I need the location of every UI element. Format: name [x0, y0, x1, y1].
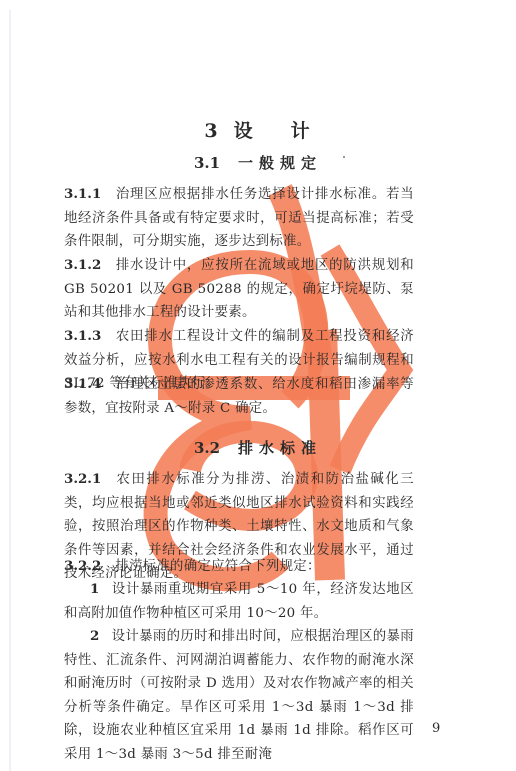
- clause-3-2-2: 3.2.2排涝标准的确定应符合下列规定：: [64, 555, 414, 579]
- section-name: 一般规定: [238, 154, 322, 172]
- section-number: 3.1: [194, 154, 220, 172]
- item-1: 1设计暴雨重现期宜采用 5～10 年，经济发达地区和高附加值作物种植区可采用 1…: [64, 578, 414, 625]
- item-number: 2: [90, 628, 100, 644]
- clause-number: 3.2.2: [64, 558, 101, 574]
- item-text: 设计暴雨的历时和排出时间，应根据治理区的暴雨特性、汇流条件、河网湖泊调蓄能力、农…: [64, 629, 414, 762]
- clause-3-1-4: 3.1.4治理区土层的渗透系数、给水度和稻田渗漏率等参数，宜按附录 A～附录 C…: [64, 373, 414, 420]
- chapter-title: 3设计: [0, 116, 516, 143]
- clause-number: 3.1.4: [64, 376, 101, 392]
- section-number: 3.2: [194, 439, 220, 457]
- page-number: 9: [432, 721, 440, 736]
- clause-3-1-2: 3.1.2排水设计中，应按所在流域或地区的防洪规划和 GB 50201 以及 G…: [64, 254, 414, 325]
- clause-text: 排水设计中，应按所在流域或地区的防洪规划和 GB 50201 以及 GB 502…: [64, 258, 414, 320]
- section-title-3-2: 3.2排水标准: [0, 437, 516, 458]
- chapter-title-part2: 计: [291, 120, 312, 142]
- clause-number: 3.1.3: [64, 328, 101, 344]
- item-number: 1: [90, 581, 100, 597]
- clause-text: 排涝标准的确定应符合下列规定：: [115, 559, 320, 574]
- clause-text: 治理区应根据排水任务选择设计排水标准。若当地经济条件具备或有特定要求时，可适当提…: [64, 187, 414, 249]
- section-name: 排水标准: [238, 439, 322, 457]
- chapter-number: 3: [204, 120, 219, 142]
- clause-number: 3.2.1: [64, 471, 101, 487]
- chapter-title-part1: 设: [234, 120, 255, 142]
- item-2: 2设计暴雨的历时和排出时间，应根据治理区的暴雨特性、汇流条件、河网湖泊调蓄能力、…: [64, 625, 414, 767]
- clause-text: 治理区土层的渗透系数、给水度和稻田渗漏率等参数，宜按附录 A～附录 C 确定。: [64, 377, 414, 416]
- document-page: 3设计 3.1一般规定 3.1.1治理区应根据排水任务选择设计排水标准。若当地经…: [0, 0, 516, 771]
- clause-number: 3.1.2: [64, 257, 101, 273]
- section-title-3-1: 3.1一般规定: [0, 152, 516, 173]
- clause-3-1-1: 3.1.1治理区应根据排水任务选择设计排水标准。若当地经济条件具备或有特定要求时…: [64, 183, 414, 254]
- item-text: 设计暴雨重现期宜采用 5～10 年，经济发达地区和高附加值作物种植区可采用 10…: [64, 582, 414, 621]
- clause-number: 3.1.1: [64, 186, 101, 202]
